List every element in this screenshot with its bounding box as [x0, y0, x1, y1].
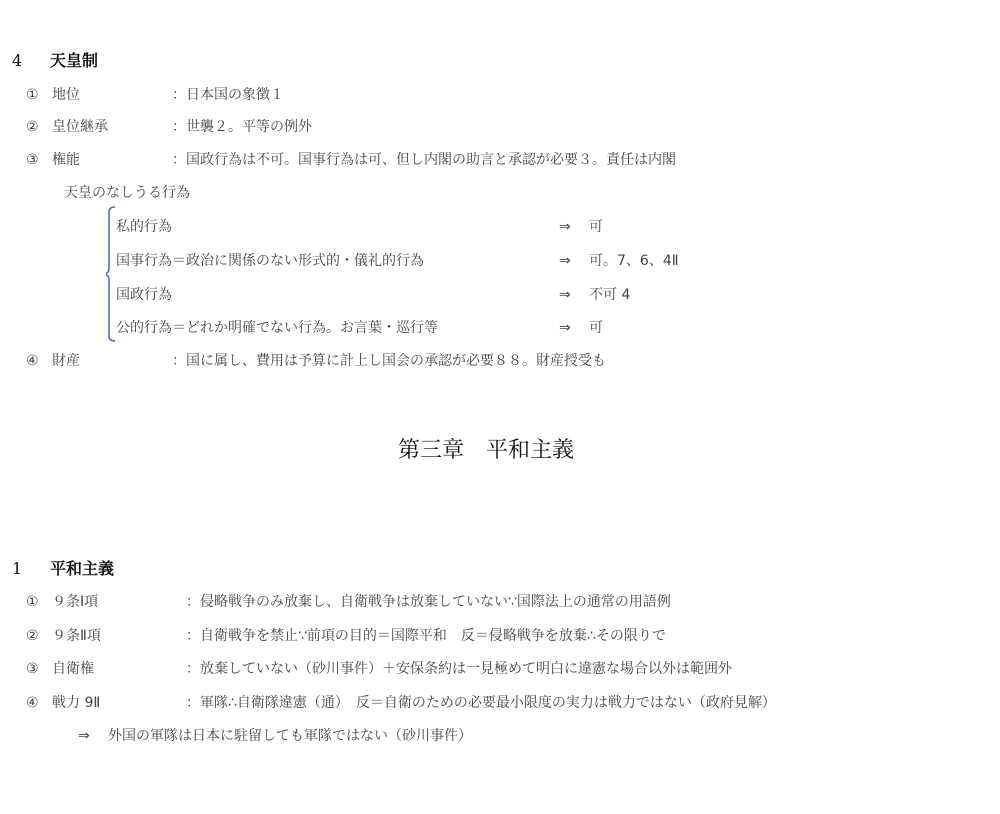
item-status: ①地位：日本国の象徴１ — [26, 84, 284, 104]
section-number: 4 — [12, 51, 50, 70]
subheading-acts: 天皇のなしうる行為 — [64, 182, 190, 202]
chapter-title: 第三章平和主義 — [398, 433, 574, 464]
section-heading-pacifism: 1平和主義 — [12, 556, 114, 579]
act-governmental: 国政行為 — [116, 284, 172, 304]
section-heading-emperor: 4天皇制 — [12, 48, 98, 71]
item-powers: ③権能：国政行為は不可。国事行為は可、但し内閣の助言と承認が必要３。責任は内閣 — [26, 149, 676, 169]
item-article9-1: ①９条Ⅰ項：侵略戦争のみ放棄し、自衛戦争は放棄していない∵国際法上の通常の用語例 — [26, 591, 671, 611]
section-title: 平和主義 — [50, 559, 114, 578]
act-private-result: ⇒可 — [559, 216, 603, 236]
note-foreign-forces: ⇒外国の軍隊は日本に駐留しても軍隊ではない（砂川事件） — [78, 725, 472, 745]
act-state-affairs-result: ⇒可。7、6、4Ⅱ — [559, 250, 679, 270]
act-public-result: ⇒可 — [559, 317, 603, 337]
item-property: ④財産：国に属し、費用は予算に計上し国会の承認が必要８８。財産授受も — [26, 350, 606, 370]
item-war-potential: ④戦力 9Ⅱ：軍隊∴自衛隊違憲（通） 反＝自衛のための必要最小限度の実力は戦力で… — [26, 692, 776, 712]
brace-icon — [106, 206, 116, 342]
section-title: 天皇制 — [50, 51, 98, 70]
act-private: 私的行為 — [116, 216, 172, 236]
act-public: 公的行為＝どれか明確でない行為。お言葉・巡行等 — [116, 317, 438, 337]
section-number: 1 — [12, 559, 50, 578]
item-self-defense: ③自衛権：放棄していない（砂川事件）＋安保条約は一見極めて明白に違憲な場合以外は… — [26, 658, 732, 678]
item-article9-2: ②９条Ⅱ項：自衛戦争を禁止∵前項の目的＝国際平和 反＝侵略戦争を放棄∴その限りで — [26, 625, 666, 645]
act-governmental-result: ⇒不可 4 — [559, 284, 630, 304]
act-state-affairs: 国事行為＝政治に関係のない形式的・儀礼的行為 — [116, 250, 424, 270]
item-succession: ②皇位継承：世襲２。平等の例外 — [26, 116, 312, 136]
